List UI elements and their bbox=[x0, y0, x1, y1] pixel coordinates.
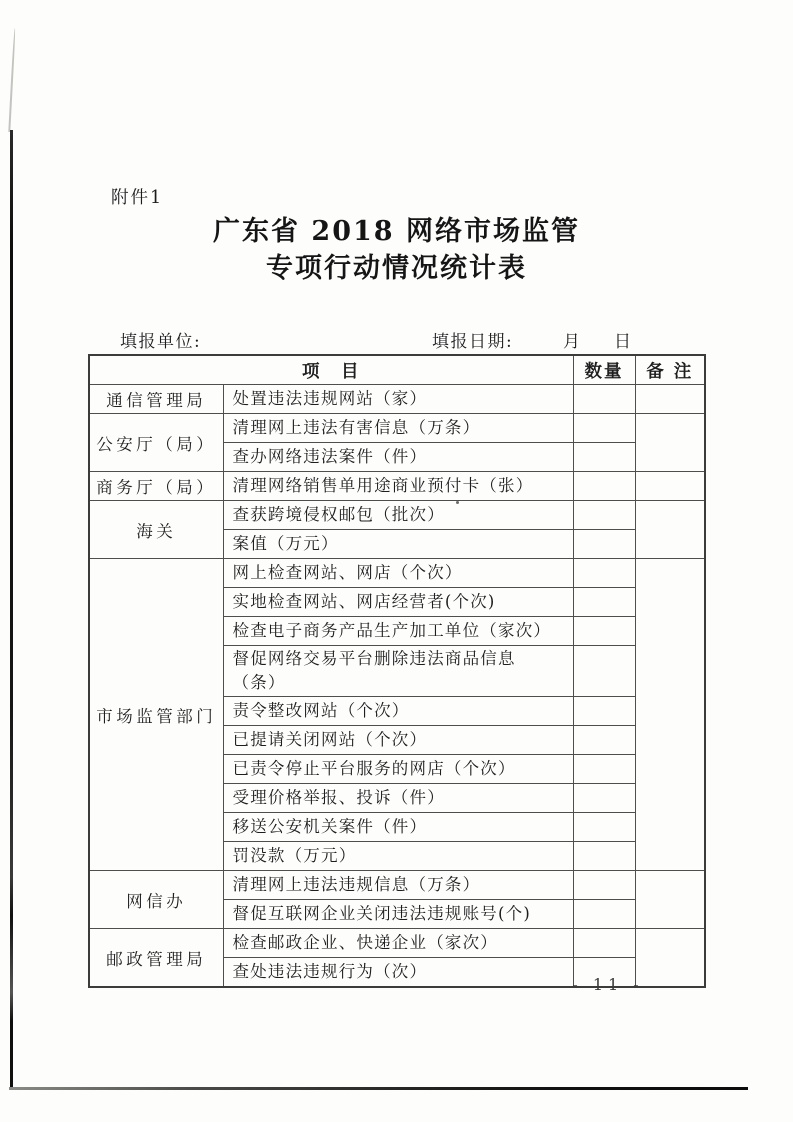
item-cell: 网上检查网站、网店（个次） bbox=[223, 559, 573, 588]
item-cell: 查获跨境侵权邮包（批次） bbox=[223, 501, 573, 530]
item-cell: 移送公安机关案件（件） bbox=[223, 813, 573, 842]
agency-cell: 邮政管理局 bbox=[89, 929, 223, 988]
item-cell: 清理网上违法违规信息（万条） bbox=[223, 871, 573, 900]
item-cell: 清理网络销售单用途商业预付卡（张） bbox=[223, 472, 573, 501]
item-cell: 已提请关闭网站（个次） bbox=[223, 726, 573, 755]
attachment-label: 附件1 bbox=[111, 184, 163, 209]
quantity-cell bbox=[573, 472, 635, 501]
quantity-cell bbox=[573, 929, 635, 958]
quantity-cell bbox=[573, 559, 635, 588]
reporting-date-month-label: 月 bbox=[563, 327, 580, 352]
quantity-cell bbox=[573, 697, 635, 726]
quantity-column-header: 数量 bbox=[573, 355, 635, 385]
item-cell: 检查电子商务产品生产加工单位（家次） bbox=[223, 617, 573, 646]
title-line-2: 专项行动情况统计表 bbox=[0, 250, 793, 287]
table-row: 通信管理局处置违法违规网站（家） bbox=[89, 385, 705, 414]
reporting-unit-label: 填报单位: bbox=[120, 327, 201, 352]
quantity-cell bbox=[573, 842, 635, 871]
item-cell: 案值（万元） bbox=[223, 530, 573, 559]
scanned-document-page: 附件1 广东省 2018 网络市场监管 专项行动情况统计表 填报单位: 填报日期… bbox=[0, 0, 793, 1122]
item-cell: 实地检查网站、网店经营者(个次) bbox=[223, 588, 573, 617]
remark-cell bbox=[635, 559, 705, 871]
title-line-1: 广东省 2018 网络市场监管 bbox=[0, 213, 793, 250]
item-cell: 罚没款（万元） bbox=[223, 842, 573, 871]
quantity-cell bbox=[573, 414, 635, 443]
item-cell: 已责令停止平台服务的网店（个次） bbox=[223, 755, 573, 784]
quantity-cell bbox=[573, 617, 635, 646]
remark-cell bbox=[635, 385, 705, 414]
item-cell: 处置违法违规网站（家） bbox=[223, 385, 573, 414]
table-row: 市场监管部门网上检查网站、网店（个次） bbox=[89, 559, 705, 588]
remark-cell bbox=[635, 501, 705, 559]
quantity-cell bbox=[573, 784, 635, 813]
scan-left-edge-faint-mark bbox=[8, 28, 15, 132]
item-cell: 查处违法违规行为（次） bbox=[223, 958, 573, 988]
quantity-cell bbox=[573, 900, 635, 929]
item-cell: 清理网上违法有害信息（万条） bbox=[223, 414, 573, 443]
quantity-cell bbox=[573, 588, 635, 617]
table-header-row: 项 目 数量 备 注 bbox=[89, 355, 705, 385]
quantity-cell bbox=[573, 443, 635, 472]
item-cell: 受理价格举报、投诉（件） bbox=[223, 784, 573, 813]
document-title: 广东省 2018 网络市场监管 专项行动情况统计表 bbox=[0, 213, 793, 287]
stats-table-body: 通信管理局处置违法违规网站（家）公安厅（局）清理网上违法有害信息（万条）查办网络… bbox=[89, 385, 705, 988]
quantity-cell bbox=[573, 726, 635, 755]
table-row: 海关查获跨境侵权邮包（批次） bbox=[89, 501, 705, 530]
quantity-cell bbox=[573, 501, 635, 530]
quantity-cell bbox=[573, 385, 635, 414]
quantity-cell bbox=[573, 530, 635, 559]
statistics-table: 项 目 数量 备 注 通信管理局处置违法违规网站（家）公安厅（局）清理网上违法有… bbox=[88, 354, 706, 988]
agency-cell: 海关 bbox=[89, 501, 223, 559]
quantity-cell bbox=[573, 871, 635, 900]
remark-cell bbox=[635, 871, 705, 929]
agency-cell: 公安厅（局） bbox=[89, 414, 223, 472]
quantity-cell bbox=[573, 646, 635, 697]
page-number: - 11 - bbox=[558, 975, 658, 994]
item-cell: 责令整改网站（个次） bbox=[223, 697, 573, 726]
table-row: 公安厅（局）清理网上违法有害信息（万条） bbox=[89, 414, 705, 443]
agency-cell: 市场监管部门 bbox=[89, 559, 223, 871]
table-row: 邮政管理局检查邮政企业、快递企业（家次） bbox=[89, 929, 705, 958]
table-row: 商务厅（局）清理网络销售单用途商业预付卡（张） bbox=[89, 472, 705, 501]
agency-cell: 网信办 bbox=[89, 871, 223, 929]
remark-column-header: 备 注 bbox=[635, 355, 705, 385]
table-row: 网信办清理网上违法违规信息（万条） bbox=[89, 871, 705, 900]
remark-cell bbox=[635, 472, 705, 501]
reporting-date-day-label: 日 bbox=[614, 327, 631, 352]
item-cell: 查办网络违法案件（件） bbox=[223, 443, 573, 472]
item-cell: 督促网络交易平台删除违法商品信息 （条） bbox=[223, 646, 573, 697]
agency-cell: 商务厅（局） bbox=[89, 472, 223, 501]
quantity-cell bbox=[573, 813, 635, 842]
item-column-header: 项 目 bbox=[89, 355, 573, 385]
agency-cell: 通信管理局 bbox=[89, 385, 223, 414]
remark-cell bbox=[635, 414, 705, 472]
scan-bottom-edge-line bbox=[9, 1087, 748, 1090]
item-cell: 督促互联网企业关闭违法违规账号(个) bbox=[223, 900, 573, 929]
quantity-cell bbox=[573, 755, 635, 784]
item-cell: 检查邮政企业、快递企业（家次） bbox=[223, 929, 573, 958]
reporting-date-label: 填报日期: bbox=[432, 327, 513, 352]
